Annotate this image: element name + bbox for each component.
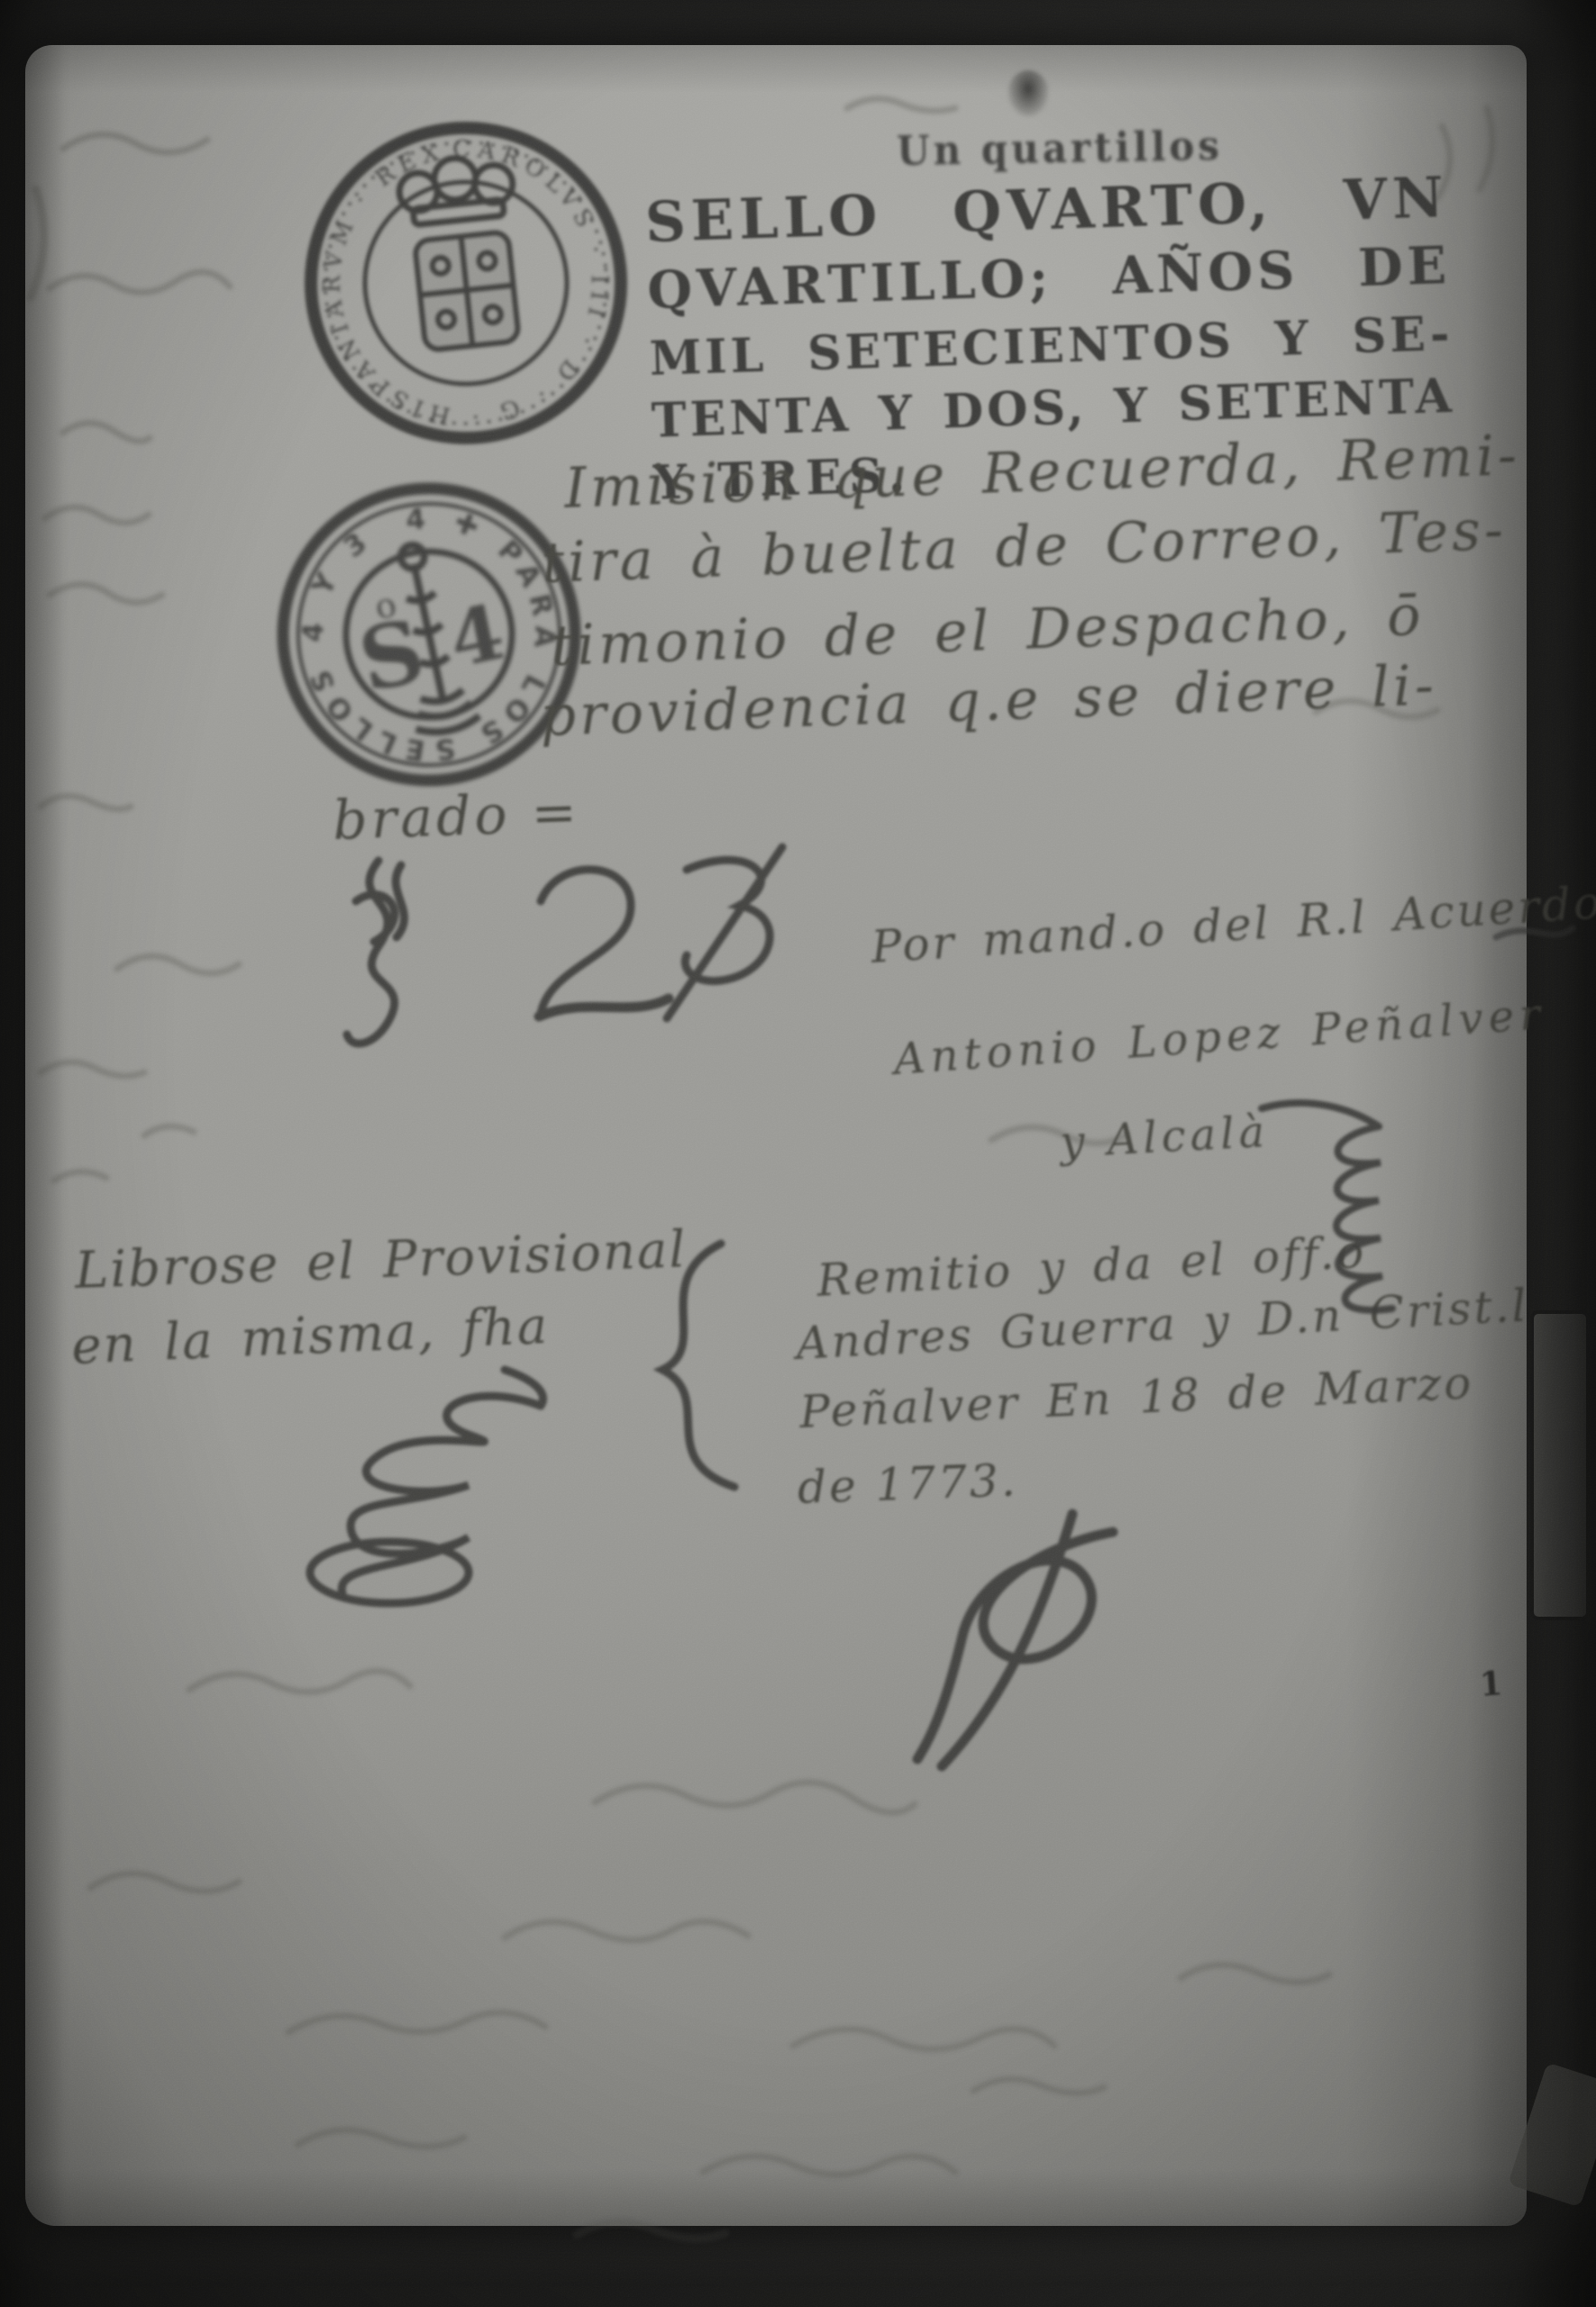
dated-note-line: de 1773. — [797, 1454, 1019, 1514]
margin-mark: 1 — [1479, 1664, 1504, 1704]
scan-frame: CAROLVS · III · D · G · HISPANIARVM · RE… — [0, 0, 1596, 2307]
ink-blot — [1008, 70, 1049, 117]
un-quartillo-stamp: Un quartillos — [897, 122, 1224, 174]
page-edge-strip — [1534, 1314, 1586, 1617]
manuscript-line: brado = — [332, 780, 581, 853]
